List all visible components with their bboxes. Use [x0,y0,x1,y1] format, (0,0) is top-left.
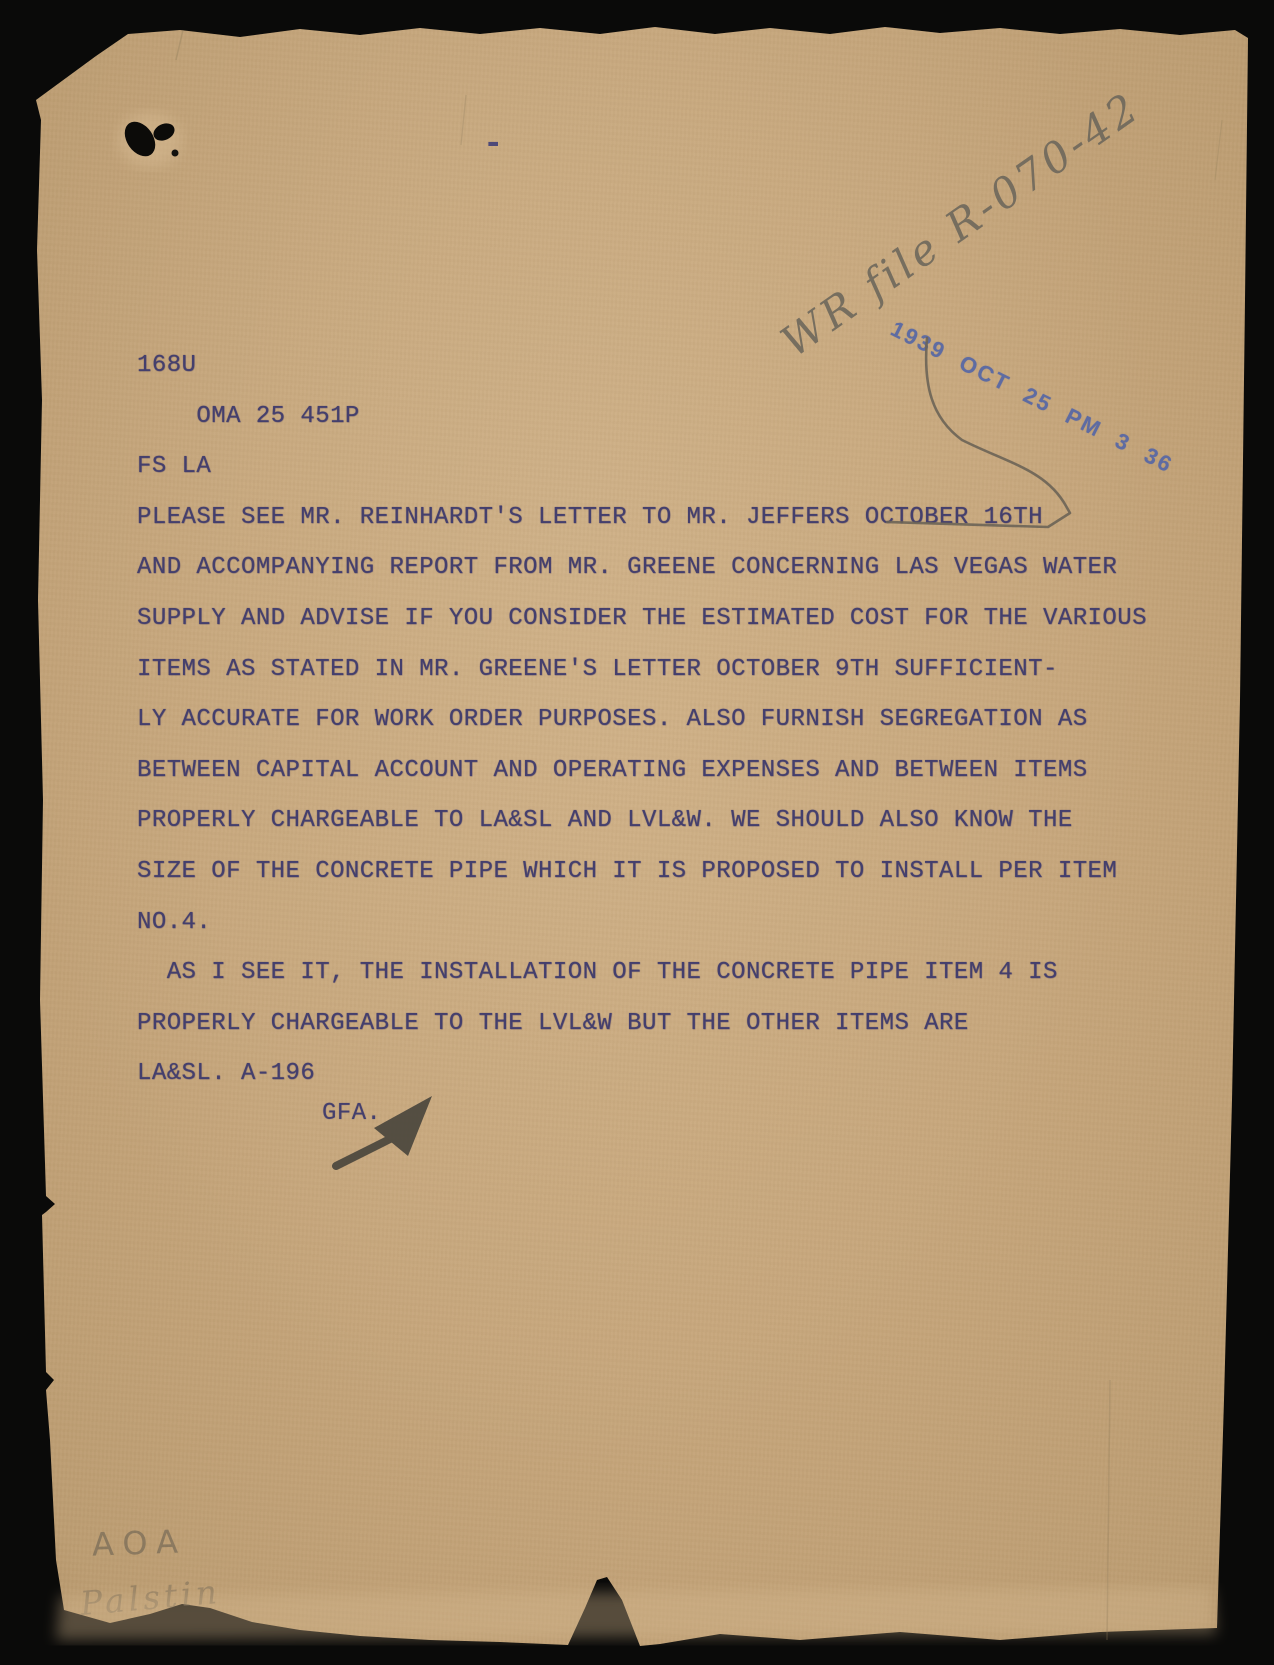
top-dash-mark: - [483,126,503,164]
typed-line: SUPPLY AND ADVISE IF YOU CONSIDER THE ES… [137,594,1147,645]
typed-line: PLEASE SEE MR. REINHARDT'S LETTER TO MR.… [137,493,1147,544]
typed-line: ITEMS AS STATED IN MR. GREENE'S LETTER O… [137,645,1147,696]
handwritten-initials-note: AOA [91,1522,187,1563]
typed-line: SIZE OF THE CONCRETE PIPE WHICH IT IS PR… [137,847,1147,898]
typed-line: PROPERLY CHARGEABLE TO THE LVL&W BUT THE… [137,999,1147,1050]
typed-message: 168U OMA 25 451PFS LAPLEASE SEE MR. REIN… [137,341,1147,1100]
typed-line: BETWEEN CAPITAL ACCOUNT AND OPERATING EX… [137,746,1147,797]
typed-line: LY ACCURATE FOR WORK ORDER PURPOSES. ALS… [137,695,1147,746]
typed-line: LA&SL. A-196 [137,1049,1147,1100]
typed-line: AND ACCOMPANYING REPORT FROM MR. GREENE … [137,543,1147,594]
sender-initials: GFA. [322,1100,381,1127]
scan-background: 168U OMA 25 451PFS LAPLEASE SEE MR. REIN… [0,0,1274,1665]
typed-line: PROPERLY CHARGEABLE TO LA&SL AND LVL&W. … [137,796,1147,847]
typed-line: AS I SEE IT, THE INSTALLATION OF THE CON… [137,948,1147,999]
typed-line: FS LA [137,442,1147,493]
typed-line: NO.4. [137,898,1147,949]
typed-line: OMA 25 451P [137,392,1147,443]
